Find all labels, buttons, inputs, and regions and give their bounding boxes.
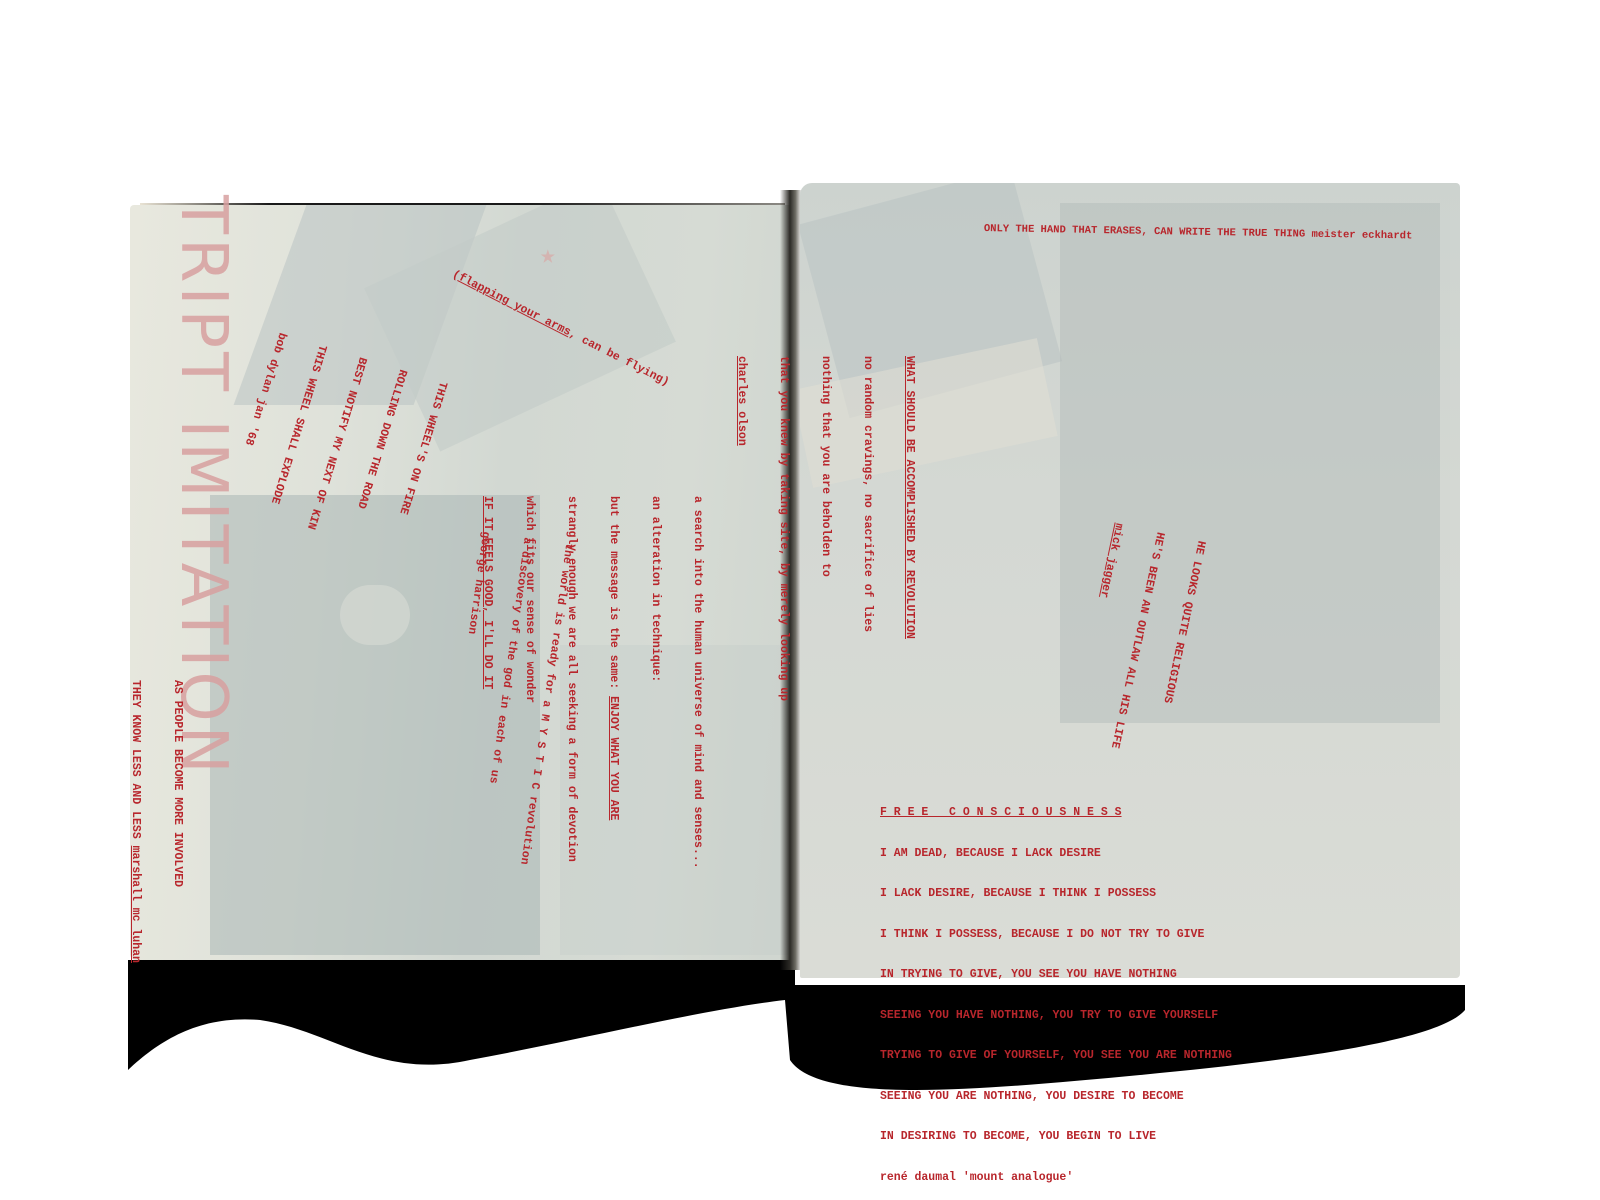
star-icon: ★	[540, 240, 556, 271]
free-consciousness-poem: F R E E C O N S C I O U S N E S S I AM D…	[880, 779, 1232, 1198]
collage-emblem	[340, 585, 410, 645]
poem-title: F R E E C O N S C I O U S N E S S	[880, 806, 1232, 820]
olson-quote: WHAT SHOULD BE ACCOMPLISHED BY REVOLUTIO…	[720, 356, 944, 701]
mcluhan-quote: AS PEOPLE BECOME MORE INVOLVED THEY KNOW…	[114, 680, 212, 963]
poem-author: rené daumal 'mount analogue'	[880, 1171, 1232, 1185]
